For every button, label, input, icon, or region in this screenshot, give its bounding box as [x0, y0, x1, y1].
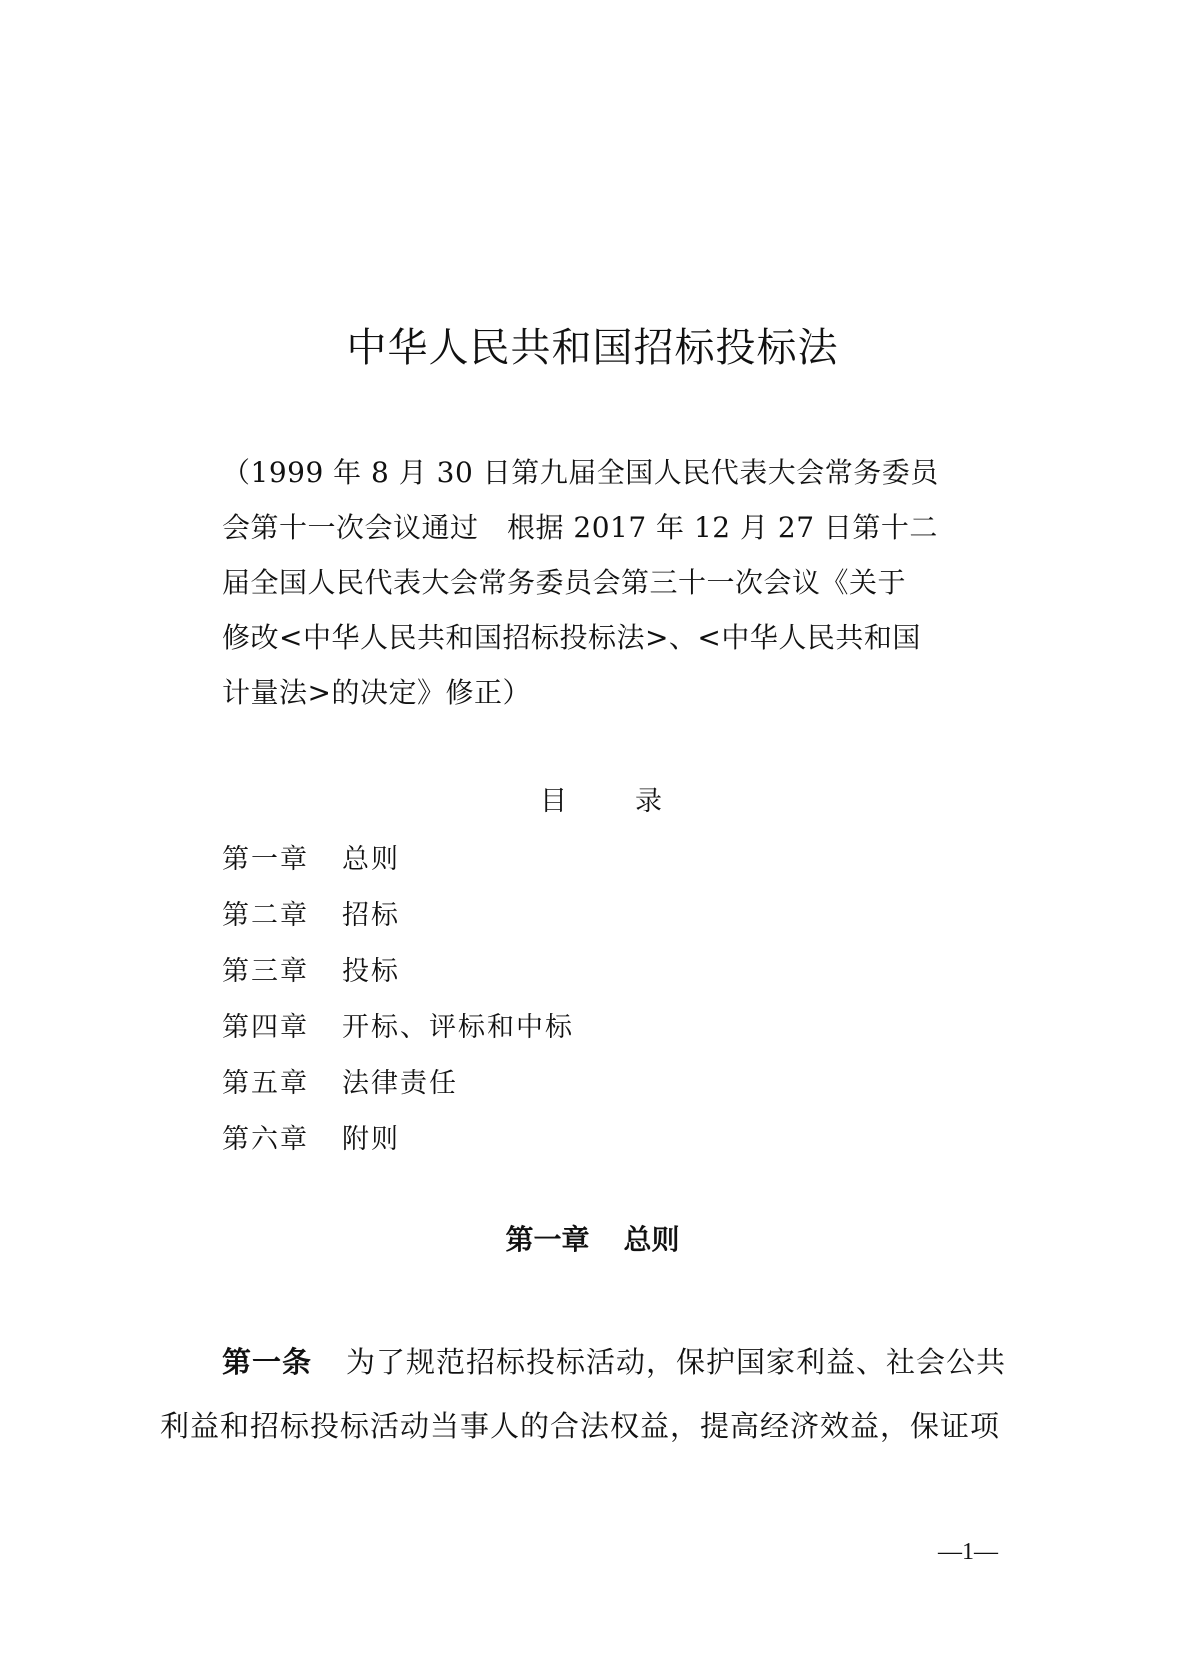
toc-chapter-number: 第一章	[222, 836, 342, 884]
toc-item-chapter-3[interactable]: 第三章投标	[222, 948, 574, 1004]
table-of-contents: 第一章总则 第二章招标 第三章投标 第四章开标、评标和中标 第五章法律责任 第六…	[222, 836, 574, 1172]
adoption-note: （1999 年 8 月 30 日第九届全国人民代表大会常务委员 会第十一次会议通…	[222, 445, 992, 720]
toc-chapter-name: 法律责任	[342, 1068, 458, 1099]
article-text: 为了规范招标投标活动，保护国家利益、社会公共	[346, 1345, 1006, 1379]
document-page: 中华人民共和国招标投标法 （1999 年 8 月 30 日第九届全国人民代表大会…	[0, 0, 1185, 1678]
toc-chapter-number: 第六章	[222, 1116, 342, 1164]
adoption-note-line: 会第十一次会议通过 根据 2017 年 12 月 27 日第十二	[222, 500, 992, 555]
toc-item-chapter-4[interactable]: 第四章开标、评标和中标	[222, 1004, 574, 1060]
toc-title-part1: 目	[540, 782, 567, 822]
page-number: —1—	[938, 1532, 998, 1572]
toc-item-chapter-1[interactable]: 第一章总则	[222, 836, 574, 892]
toc-chapter-number: 第五章	[222, 1060, 342, 1108]
article-label: 第一条	[222, 1345, 312, 1379]
chapter-heading-number: 第一章	[505, 1223, 589, 1256]
toc-chapter-name: 开标、评标和中标	[342, 1012, 574, 1043]
chapter-heading: 第一章总则	[0, 1218, 1185, 1262]
adoption-note-line: 届全国人民代表大会常务委员会第三十一次会议《关于	[222, 555, 992, 610]
toc-item-chapter-6[interactable]: 第六章附则	[222, 1116, 574, 1172]
toc-item-chapter-5[interactable]: 第五章法律责任	[222, 1060, 574, 1116]
document-title: 中华人民共和国招标投标法	[0, 322, 1185, 374]
toc-chapter-number: 第四章	[222, 1004, 342, 1052]
toc-chapter-number: 第二章	[222, 892, 342, 940]
adoption-note-line: 计量法>的决定》修正）	[222, 665, 992, 720]
adoption-note-line: 修改<中华人民共和国招标投标法>、<中华人民共和国	[222, 610, 992, 665]
chapter-heading-name: 总则	[624, 1223, 680, 1256]
toc-item-chapter-2[interactable]: 第二章招标	[222, 892, 574, 948]
toc-chapter-number: 第三章	[222, 948, 342, 996]
toc-chapter-name: 总则	[342, 844, 400, 875]
toc-chapter-name: 投标	[342, 956, 400, 987]
toc-title-part2: 录	[635, 782, 662, 822]
article-1: 第一条为了规范招标投标活动，保护国家利益、社会公共 利益和招标投标活动当事人的合…	[160, 1330, 1040, 1458]
adoption-note-line: （1999 年 8 月 30 日第九届全国人民代表大会常务委员	[222, 445, 992, 500]
article-1-line-1: 第一条为了规范招标投标活动，保护国家利益、社会公共	[160, 1330, 1040, 1394]
toc-chapter-name: 招标	[342, 900, 400, 931]
article-1-line-2: 利益和招标投标活动当事人的合法权益，提高经济效益，保证项	[160, 1394, 1040, 1458]
toc-chapter-name: 附则	[342, 1124, 400, 1155]
toc-title: 目录	[540, 782, 662, 822]
